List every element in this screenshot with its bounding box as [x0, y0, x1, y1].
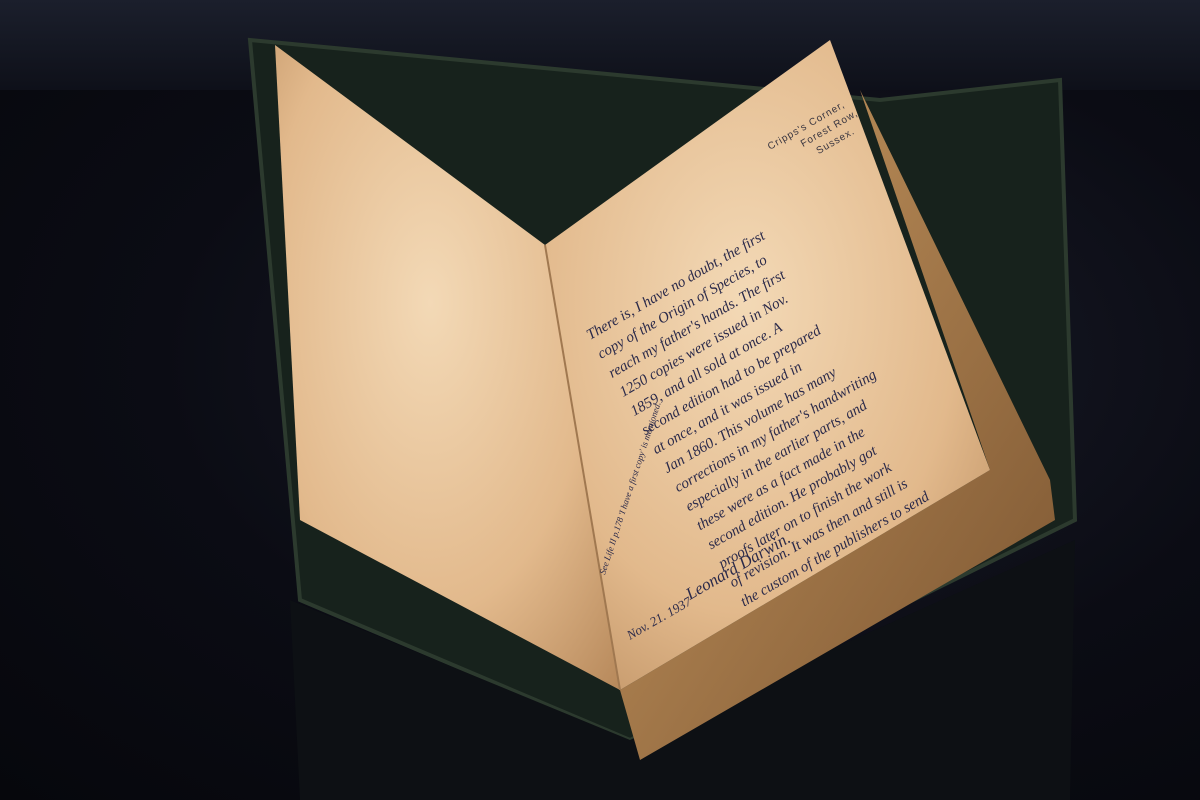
open-book: Cripps's Corner, Forest Row, Sussex. The…	[0, 0, 1200, 800]
photo-scene: Cripps's Corner, Forest Row, Sussex. The…	[0, 0, 1200, 800]
